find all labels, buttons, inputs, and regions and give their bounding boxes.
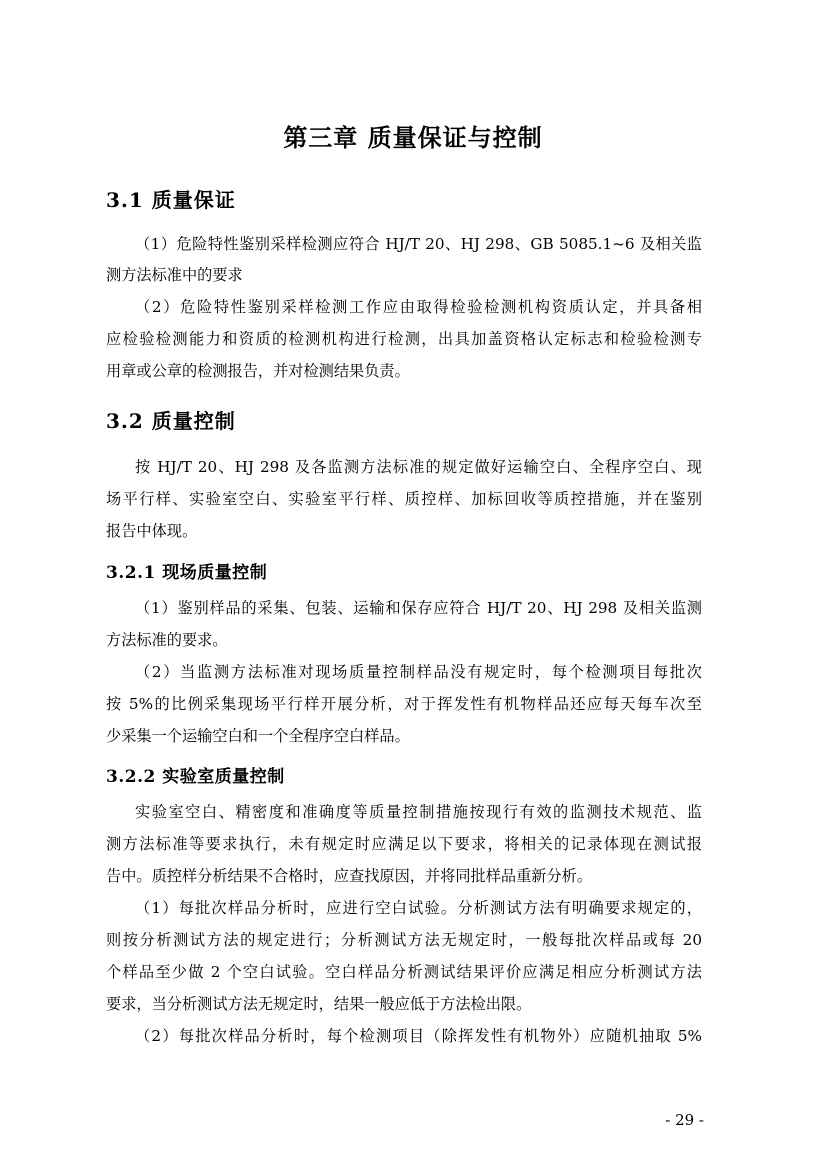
document-page: 第三章 质量保证与控制 3.1 质量保证 （1）危险特性鉴别采样检测应符合 HJ… <box>0 0 826 1169</box>
paragraph-line: 报告中体现。 <box>106 520 702 542</box>
paragraph-line: 场平行样、实验室空白、实验室平行样、质控样、加标回收等质控措施，并在鉴别 <box>106 488 702 510</box>
paragraph-line: 告中。质控样分析结果不合格时，应查找原因，并将同批样品重新分析。 <box>106 865 702 887</box>
paragraph-line: （2）危险特性鉴别采样检测工作应由取得检验检测机构资质认定，并具备相 <box>135 296 702 318</box>
section-heading-3-2: 3.2 质量控制 <box>106 407 236 435</box>
section-heading-3-2-1: 3.2.1 现场质量控制 <box>106 561 267 585</box>
paragraph-line: （1）危险特性鉴别采样检测应符合 HJ/T 20、HJ 298、GB 5085.… <box>135 233 702 255</box>
chapter-title: 第三章 质量保证与控制 <box>0 122 826 154</box>
paragraph-line: （2）每批次样品分析时，每个检测项目（除挥发性有机物外）应随机抽取 5% <box>135 1025 702 1047</box>
paragraph-line: 按 HJ/T 20、HJ 298 及各监测方法标准的规定做好运输空白、全程序空白… <box>135 456 702 478</box>
paragraph-line: 测方法标准中的要求 <box>106 264 702 286</box>
paragraph-line: 用章或公章的检测报告，并对检测结果负责。 <box>106 360 702 382</box>
paragraph-line: 应检验检测能力和资质的检测机构进行检测，出具加盖资格认定标志和检验检测专 <box>106 328 702 350</box>
paragraph-line: 要求，当分析测试方法无规定时，结果一般应低于方法检出限。 <box>106 993 702 1015</box>
paragraph-line: （1）鉴别样品的采集、包装、运输和保存应符合 HJ/T 20、HJ 298 及相… <box>135 597 702 619</box>
paragraph-line: （1）每批次样品分析时，应进行空白试验。分析测试方法有明确要求规定的， <box>135 897 702 919</box>
paragraph-line: 实验室空白、精密度和准确度等质量控制措施按现行有效的监测技术规范、监 <box>135 801 702 823</box>
paragraph-line: 测方法标准等要求执行，未有规定时应满足以下要求，将相关的记录体现在测试报 <box>106 833 702 855</box>
paragraph-line: 按 5%的比例采集现场平行样开展分析，对于挥发性有机物样品还应每天每车次至 <box>106 693 702 715</box>
paragraph-line: 则按分析测试方法的规定进行；分析测试方法无规定时，一般每批次样品或每 20 <box>106 929 702 951</box>
paragraph-line: 个样品至少做 2 个空白试验。空白样品分析测试结果评价应满足相应分析测试方法 <box>106 961 702 983</box>
paragraph-line: 少采集一个运输空白和一个全程序空白样品。 <box>106 725 702 747</box>
section-heading-3-1: 3.1 质量保证 <box>106 186 236 214</box>
section-heading-3-2-2: 3.2.2 实验室质量控制 <box>106 765 285 789</box>
paragraph-line: 方法标准的要求。 <box>106 629 702 651</box>
page-number: - 29 - <box>665 1110 704 1130</box>
paragraph-line: （2）当监测方法标准对现场质量控制样品没有规定时，每个检测项目每批次 <box>135 661 702 683</box>
